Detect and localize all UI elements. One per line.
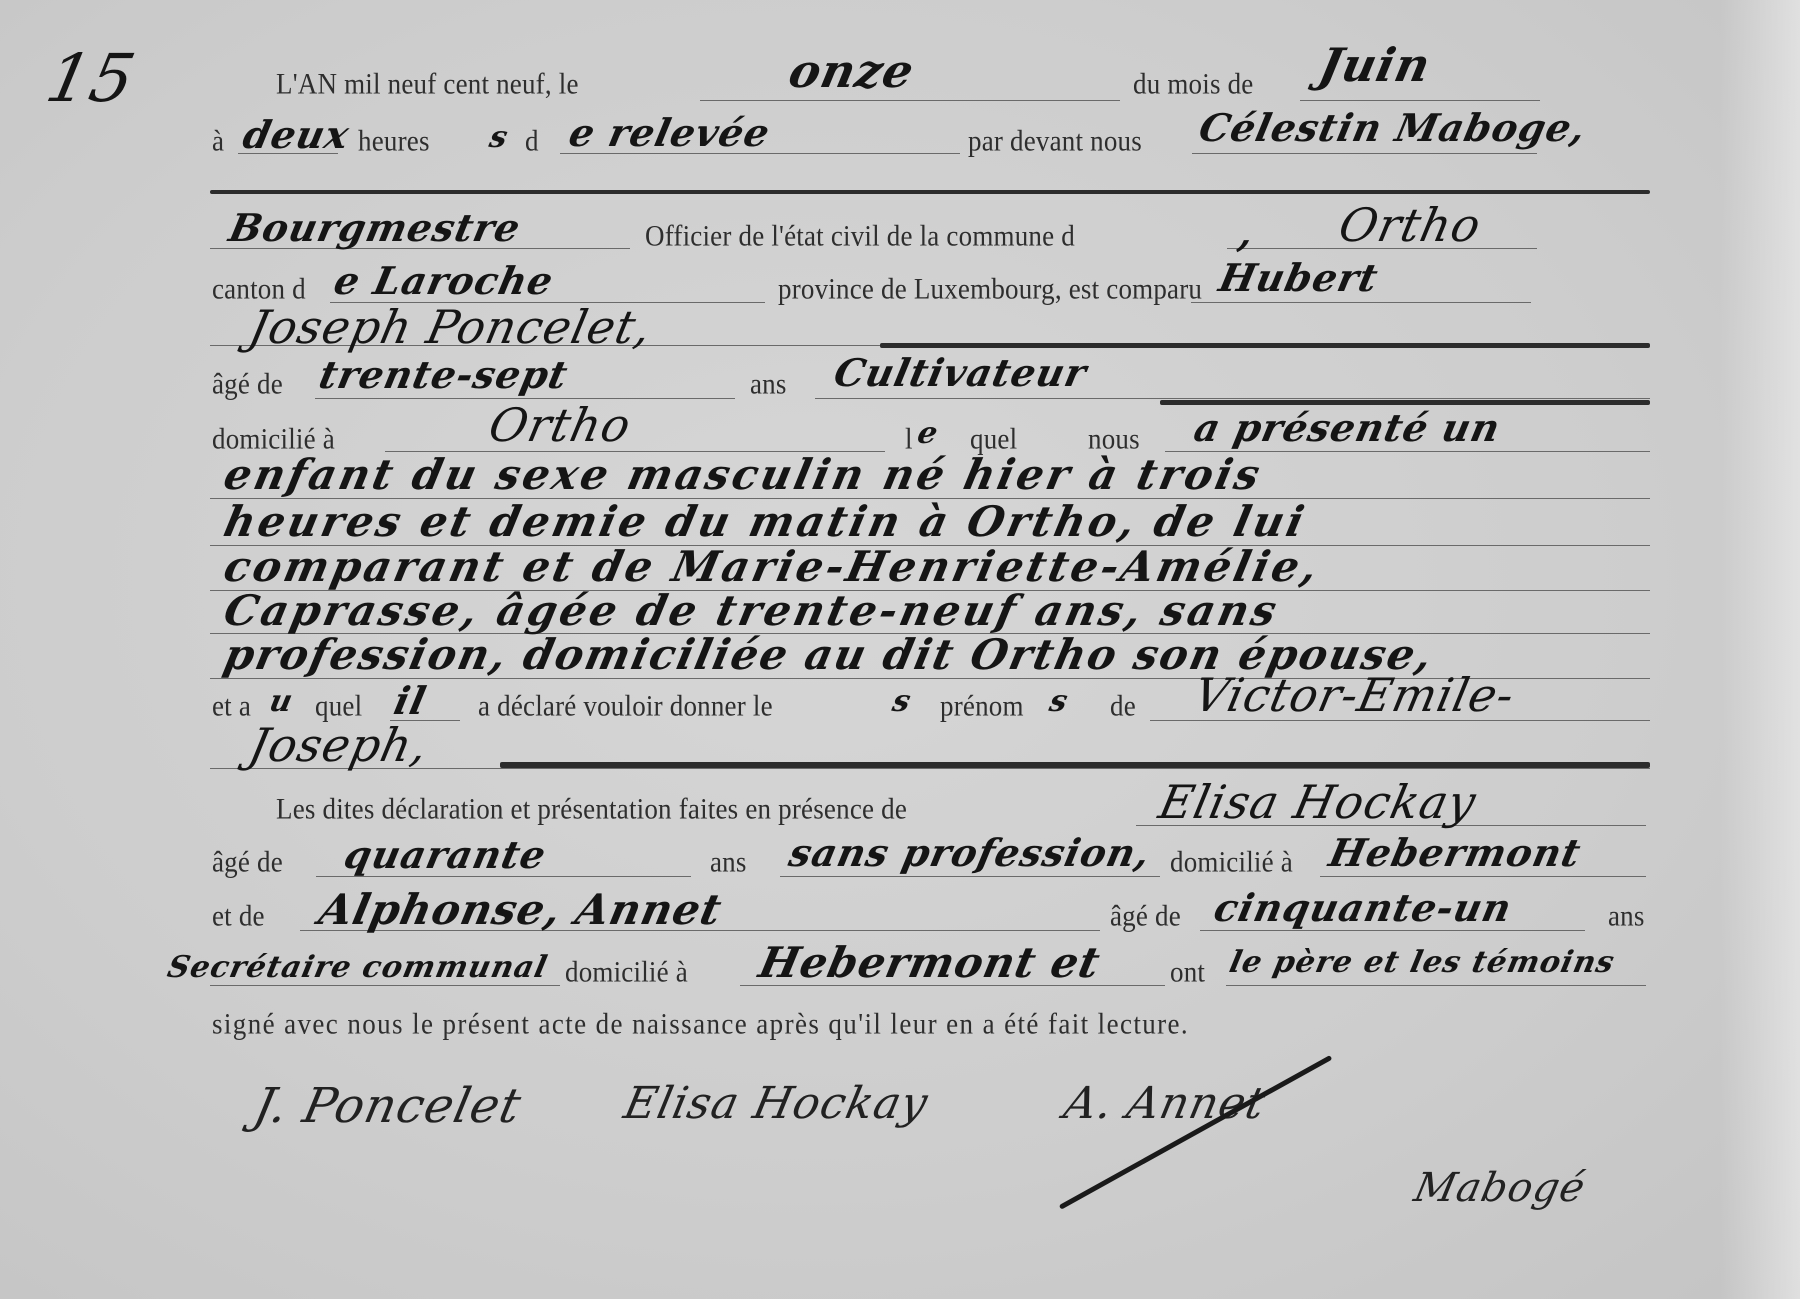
printed-age-w2: âgé de (1110, 900, 1181, 933)
printed-year-intro: L'AN mil neuf cent neuf, le (276, 68, 579, 101)
printed-age-w1: âgé de (212, 846, 283, 879)
field-line-w2-age (1200, 930, 1585, 931)
field-les-suffix: s (889, 684, 914, 719)
printed-month-label: du mois de (1133, 68, 1254, 101)
field-line-profession (815, 398, 1650, 399)
field-declarant-first: Hubert (1215, 255, 1382, 300)
printed-officier: Officier de l'état civil de la commune d (645, 220, 1075, 253)
body-text-4: Caprasse, âgée de trente-neuf ans, sans (220, 586, 1284, 635)
printed-presence: Les dites déclaration et présentation fa… (276, 793, 907, 826)
printed-domicilie-w1: domicilié à (1170, 846, 1293, 879)
printed-heures: heures (358, 125, 430, 158)
printed-par-devant: par devant nous (968, 125, 1142, 158)
field-officer-title: Bourgmestre (225, 205, 525, 250)
field-month: Juin (1314, 38, 1436, 92)
field-hour: deux (239, 112, 354, 157)
field-declarant-age: trente-sept (315, 352, 572, 397)
printed-closing: signé avec nous le présent acte de naiss… (212, 1008, 1189, 1041)
birth-record-page: 15 L'AN mil neuf cent neuf, le onze du m… (0, 0, 1800, 1299)
field-commune: Ortho (1334, 198, 1486, 252)
field-witness2-profession: Secrétaire communal (164, 950, 551, 985)
field-declarant-name: Joseph Poncelet, (244, 300, 657, 354)
body-text-3: comparant et de Marie-Henriette-Amélie, (220, 542, 1325, 591)
printed-domicilie-w2: domicilié à (565, 956, 688, 989)
body-text-2: heures et demie du matin à Ortho, de lui (220, 497, 1311, 546)
printed-province: province de Luxembourg, est comparu (778, 273, 1202, 306)
field-declarant-domicile: Ortho (484, 398, 636, 452)
field-auquel-prefix: u (266, 684, 296, 719)
signature-officer: Mabogé (1410, 1165, 1590, 1211)
field-witness1-name: Elisa Hockay (1154, 775, 1481, 829)
printed-d: d (525, 125, 539, 158)
printed-ont: ont (1170, 956, 1205, 989)
field-il: il (390, 678, 430, 723)
field-line-w1-domicile (1320, 876, 1646, 877)
field-line-w2-profession (210, 985, 560, 986)
printed-prenom: prénom (940, 690, 1024, 723)
field-witness1-profession: sans profession, (785, 830, 1155, 875)
printed-a: à (212, 125, 224, 158)
field-prenoms-suffix: s (1046, 684, 1071, 719)
field-time-of-day: e relevée (565, 110, 774, 155)
field-witness2-name: Alphonse, Annet (315, 885, 727, 934)
field-line-child-names-2 (210, 768, 1650, 769)
printed-de: de (1110, 690, 1136, 723)
field-child-names-2: Joseph, (244, 718, 433, 772)
signature-witness2: A. Annet (1060, 1078, 1271, 1129)
printed-ans-w2: ans (1608, 900, 1645, 933)
printed-declare: a déclaré vouloir donner le (478, 690, 773, 723)
signature-witness1: Elisa Hockay (620, 1078, 933, 1129)
field-line-signers (1226, 985, 1646, 986)
field-line-w1-profession (780, 876, 1160, 877)
field-heures-suffix: s (486, 120, 511, 155)
fill-stroke (500, 762, 1650, 768)
printed-et-a: et a (212, 690, 251, 723)
field-line-month (1300, 100, 1540, 101)
field-line-day (700, 100, 1120, 101)
field-canton: e Laroche (330, 258, 558, 303)
field-day: onze (784, 44, 919, 98)
printed-ans: ans (750, 368, 787, 401)
section-divider (210, 190, 1650, 194)
field-signers: le père et les témoins (1226, 945, 1618, 980)
field-le-suffix: e (914, 416, 942, 451)
body-text-1: enfant du sexe masculin né hier à trois (220, 450, 1267, 499)
field-line-declarant (1191, 302, 1531, 303)
field-witness2-domicile: Hebermont et (755, 938, 1105, 987)
field-witness1-age: quarante (340, 832, 550, 877)
field-presente: a présenté un (1190, 405, 1505, 450)
field-line-officer (1192, 153, 1537, 154)
field-officer-name: Célestin Maboge, (1195, 105, 1590, 150)
printed-et-de: et de (212, 900, 265, 933)
printed-age: âgé de (212, 368, 283, 401)
field-child-names-1: Victor-Emile- (1189, 668, 1519, 722)
signature-father: J. Poncelet (249, 1078, 526, 1134)
fill-stroke (880, 343, 1650, 348)
field-declarant-profession: Cultivateur (830, 350, 1091, 395)
printed-ans-w1: ans (710, 846, 747, 879)
record-number: 15 (40, 40, 142, 117)
field-witness2-age: cinquante-un (1210, 885, 1516, 930)
field-witness1-domicile: Hebermont (1325, 830, 1585, 875)
